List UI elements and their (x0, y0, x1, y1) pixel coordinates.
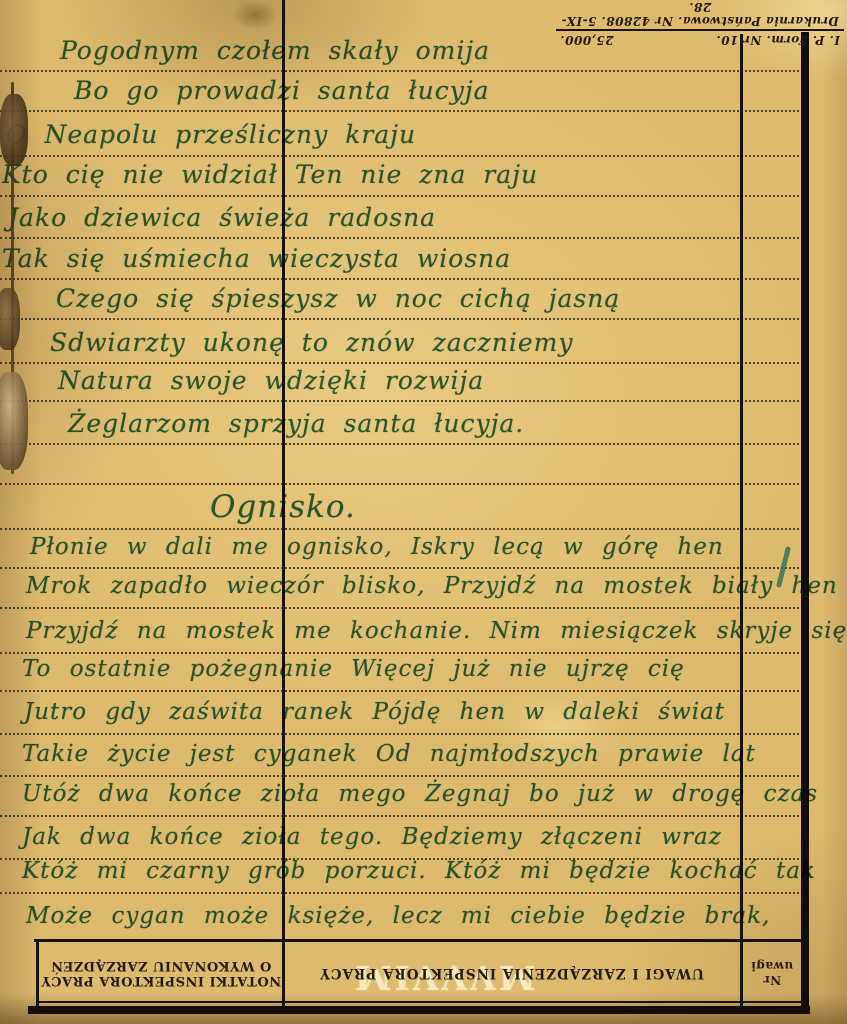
ruled-line (0, 443, 807, 445)
paper-stain (232, 0, 278, 30)
printed-header: I. P. Form. Nr 10. 25,000. Drukarnia Pań… (556, 0, 844, 48)
handwritten-line: Jako dziewica świeża radosna (8, 203, 436, 232)
footer-left-line1: NOTATKI INSPEKTORA PRACY (41, 973, 281, 988)
ruled-line (0, 483, 807, 485)
handwritten-line: Jutro gdy zaświta ranek Pójdę hen w dale… (24, 699, 725, 725)
form-number: I. P. Form. Nr 10. (716, 33, 840, 47)
print-run: 25,000. (560, 33, 614, 47)
handwritten-line: To ostatnie pożegnanie Więcej już nie uj… (22, 656, 685, 682)
binding-stitch-knot (0, 372, 28, 470)
ruled-line (0, 400, 807, 402)
footer-cell-right: Nr uwagi (742, 942, 802, 1004)
ruled-line (0, 195, 807, 197)
handwritten-line: Sdwiarzty ukonę to znów zaczniemy (50, 328, 574, 357)
footer-left-line2: O WYKONANIU ZARZĄDZEŃ (51, 958, 272, 973)
ruled-line (0, 237, 807, 239)
footer-center-label: UWAGI I ZARZĄDZENIA INSPEKTORA PRACY (319, 965, 704, 981)
ruled-line (0, 775, 807, 777)
footer-cell-left: NOTATKI INSPEKTORA PRACY O WYKONANIU ZAR… (40, 944, 282, 1002)
ruled-line (0, 892, 807, 894)
handwritten-line: Płonie w dali me ognisko, Iskry lecą w g… (30, 534, 724, 560)
handwritten-line: Utóż dwa końce zioła mego Żegnaj bo już … (22, 781, 818, 807)
ruled-line (0, 110, 807, 112)
ruled-line (0, 155, 807, 157)
scanned-notebook-page: I. P. Form. Nr 10. 25,000. Drukarnia Pań… (0, 0, 847, 1024)
footer-right-line1: Nr (763, 973, 781, 987)
handwritten-line: Czego się śpieszysz w noc cichą jasną (56, 284, 620, 313)
handwritten-line: Bo go prowadzi santa łucyja (74, 76, 490, 105)
handwritten-line: Żeglarzom sprzyja santa łucyja. (68, 409, 524, 438)
handwritten-line: O Neapolu prześliczny kraju (6, 120, 416, 149)
handwritten-line: Takie życie jest cyganek Od najmłodszych… (22, 741, 756, 767)
ruled-line (0, 70, 807, 72)
ruled-line (0, 362, 807, 364)
table-border-bottom-thick (28, 1006, 810, 1014)
ruled-line (0, 278, 807, 280)
footer-top-rule (34, 939, 804, 942)
footer-cell-center: UWAGI I ZARZĄDZENIA INSPEKTORA PRACY (285, 944, 738, 1002)
binding-stitch-knot (0, 94, 28, 166)
ruled-line (0, 733, 807, 735)
handwritten-line: Mrok zapadło wieczór blisko, Przyjdź na … (26, 573, 838, 599)
handwritten-line: Tak się uśmiecha wieczysta wiosna (2, 244, 511, 273)
ruled-line (0, 528, 807, 530)
ruled-line (0, 567, 807, 569)
handwritten-line: Pogodnym czołem skały omija (60, 36, 490, 65)
section-title-handwritten: Ognisko. (210, 489, 356, 525)
footer-border-left (36, 941, 39, 1007)
ruled-line (0, 652, 807, 654)
handwritten-line: Przyjdź na mostek me kochanie. Nim miesi… (26, 618, 847, 644)
handwritten-line: Może cygan może księże, lecz mi ciebie b… (26, 903, 770, 929)
handwritten-line: Kto cię nie widział Ten nie zna raju (2, 160, 538, 189)
handwritten-line: Jak dwa końce zioła tego. Będziemy złącz… (22, 824, 722, 850)
handwritten-line: Któż mi czarny grób porzuci. Któż mi będ… (22, 858, 816, 884)
binding-stitch-knot (0, 288, 20, 350)
ruled-line (0, 318, 807, 320)
footer-right-line2: uwagi (751, 959, 793, 973)
handwritten-line: Natura swoje wdzięki rozwija (58, 366, 484, 395)
ruled-line (0, 815, 807, 817)
printer-imprint: Drukarnia Państwowa. Nr 42808. 5-IX-28. (556, 0, 844, 31)
ruled-line (0, 690, 807, 692)
ruled-line (0, 607, 807, 609)
